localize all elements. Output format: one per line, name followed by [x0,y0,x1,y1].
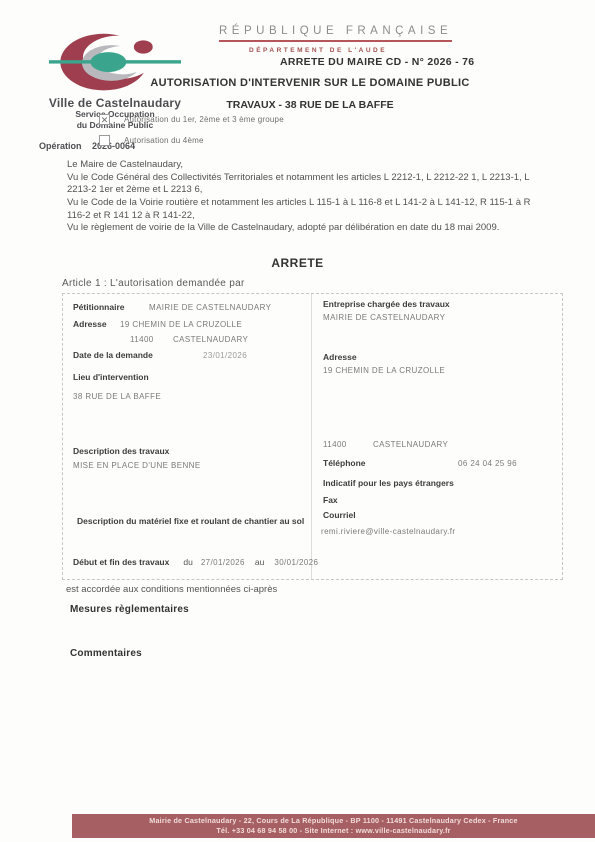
petitioner-address-line1: 19 CHEMIN DE LA CRUZOLLE [120,320,242,329]
request-date-value: 23/01/2026 [203,351,247,360]
email-label: Courriel [323,510,356,520]
footer-contact-line: Tél. +33 04 68 94 58 00 - Site Internet … [72,826,595,836]
table-column-divider [311,294,312,579]
company-address-zip: 11400 [323,440,347,449]
regulatory-measures-heading: Mesures règlementaires [70,604,189,615]
article-1-heading: Article 1 : L'autorisation demandée par [62,278,245,289]
petitioner-label: Pétitionnaire [73,302,124,312]
checkbox-group-4-label: Autorisation du 4ème [124,136,204,145]
company-address-label: Adresse [323,352,357,362]
operation-label: Opération [39,141,82,151]
document-page: Ville de Castelnaudary Service Occupatio… [0,0,595,842]
works-dates-row: Début et fin des travaux du 27/01/2026 a… [73,557,318,567]
granted-statement: est accordée aux conditions mentionnées … [66,584,277,595]
authorization-subtitle: AUTORISATION D'INTERVENIR SUR LE DOMAINE… [40,77,580,89]
company-address-city: CASTELNAUDARY [373,440,448,449]
preamble-line-2: Vu le Code Général des Collectivités Ter… [67,172,541,197]
republic-title: RÉPUBLIQUE FRANÇAISE [219,25,452,42]
works-description-value: MISE EN PLACE D'UNE BENNE [73,461,201,470]
equipment-description-label: Description du matériel fixe et roulant … [77,516,304,526]
logo-block: Ville de Castelnaudary Service Occupatio… [25,30,205,151]
checkbox-unchecked-icon [99,135,110,146]
company-address-line1: 19 CHEMIN DE LA CRUZOLLE [323,366,445,375]
works-description-label: Description des travaux [73,446,169,456]
authorization-group-4-row: Autorisation du 4ème [99,135,204,146]
footer-address-line: Mairie de Castelnaudary - 22, Cours de L… [72,816,595,826]
works-dates-au: au [255,557,264,567]
department-title: DÉPARTEMENT DE L'AUDE [249,47,387,54]
works-dates-du: du [183,557,192,567]
fax-label: Fax [323,495,338,505]
authorization-form-table: Pétitionnaire MAIRIE DE CASTELNAUDARY Ad… [62,293,563,580]
company-label: Entreprise chargée des travaux [323,299,450,309]
email-value: remi.riviere@ville-castelnaudary.fr [321,527,455,536]
arrete-heading: ARRETE [0,256,595,270]
preamble-line-3: Vu le Code de la Voirie routière et nota… [67,197,541,222]
request-date-label: Date de la demande [73,350,153,360]
location-label: Lieu d'intervention [73,372,149,382]
works-dates-label: Début et fin des travaux [73,557,169,567]
petitioner-address-label: Adresse [73,319,107,329]
checkbox-group-123-label: Autorisation du 1er, 2ème et 3 ème group… [124,115,284,124]
preamble: Le Maire de Castelnaudary, Vu le Code Gé… [67,159,541,235]
works-date-start: 27/01/2026 [201,558,245,567]
intl-prefix-label: Indicatif pour les pays étrangers [323,478,454,488]
petitioner-value: MAIRIE DE CASTELNAUDARY [149,303,271,312]
works-date-end: 30/01/2026 [274,558,318,567]
comments-heading: Commentaires [70,648,142,659]
footer-band: Mairie de Castelnaudary - 22, Cours de L… [72,814,595,838]
works-title: TRAVAUX - 38 RUE DE LA BAFFE [40,99,580,111]
company-value: MAIRIE DE CASTELNAUDARY [323,313,445,322]
phone-label: Téléphone [323,458,366,468]
preamble-line-4: Vu le règlement de voirie de la Ville de… [67,222,541,235]
petitioner-address-city: CASTELNAUDARY [173,335,248,344]
location-value: 38 RUE DE LA BAFFE [73,392,161,401]
checkbox-checked-icon: ✕ [99,114,110,125]
petitioner-address-zip: 11400 [130,335,154,344]
preamble-line-1: Le Maire de Castelnaudary, [67,159,541,172]
authorization-group-123-row: ✕ Autorisation du 1er, 2ème et 3 ème gro… [99,114,284,125]
decree-title: ARRETE DU MAIRE CD - N° 2026 - 76 [280,56,474,68]
phone-value: 06 24 04 25 96 [458,459,517,468]
